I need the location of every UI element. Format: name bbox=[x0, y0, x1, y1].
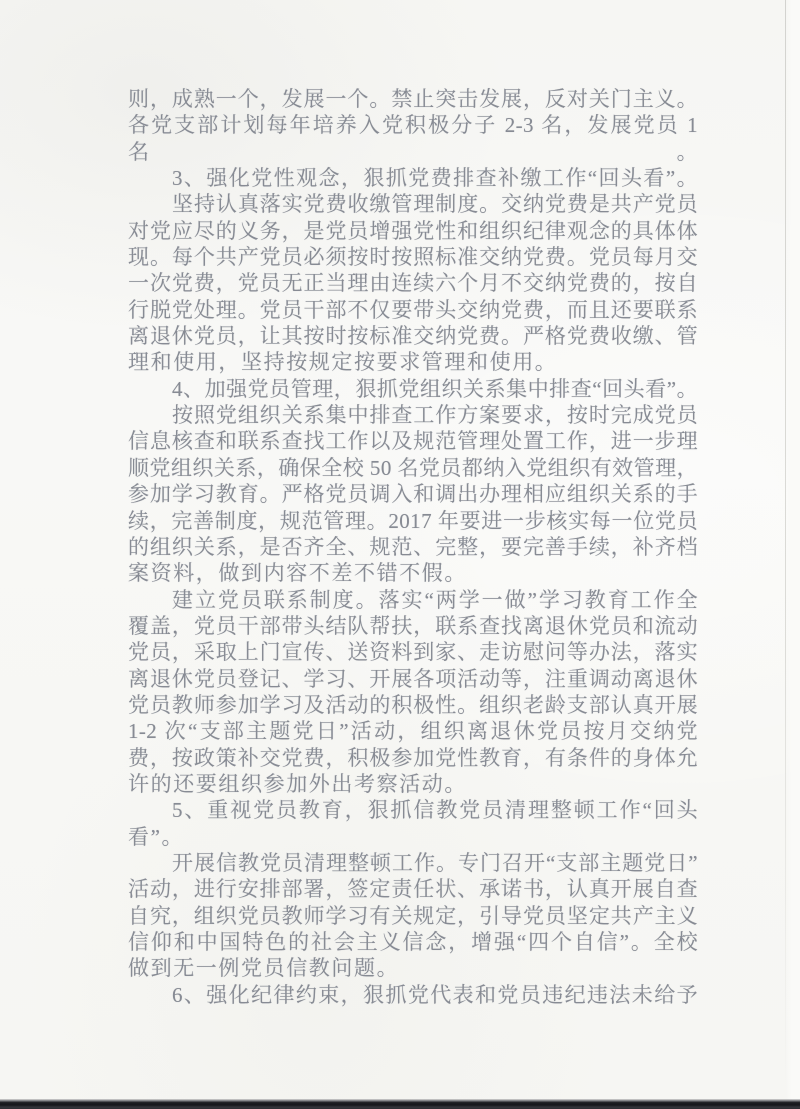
text-line: 费，按政策补交党费，积极参加党性教育，有条件的身体允 bbox=[128, 745, 698, 771]
text-line: 离退休党员登记、学习、开展各项活动等，注重调动离退休 bbox=[128, 666, 698, 692]
text-line: 4、加强党员管理，狠抓党组织关系集中排查“回头看”。 bbox=[128, 376, 698, 402]
text-line: 建立党员联系制度。落实“两学一做”学习教育工作全 bbox=[128, 587, 698, 613]
text-line: 顺党组织关系，确保全校 50 名党员都纳入党组织有效管理， bbox=[128, 455, 698, 481]
scan-bottom-border bbox=[0, 1099, 800, 1109]
text-line: 续，完善制度，规范管理。2017 年要进一步核实每一位党员 bbox=[128, 508, 698, 534]
scan-right-margin-strip bbox=[786, 0, 800, 1100]
text-line: 党员教师参加学习及活动的积极性。组织老龄支部认真开展 bbox=[128, 692, 698, 718]
text-line: 开展信教党员清理整顿工作。专门召开“支部主题党日” bbox=[128, 850, 698, 876]
text-line: 按照党组织关系集中排查工作方案要求，按时完成党员 bbox=[128, 402, 698, 428]
text-line: 许的还要组织参加外出考察活动。 bbox=[128, 771, 698, 797]
text-line: 的组织关系，是否齐全、规范、完整，要完善手续，补齐档 bbox=[128, 534, 698, 560]
text-line: 案资料，做到内容不差不错不假。 bbox=[128, 560, 698, 586]
text-line: 自究，组织党员教师学习有关规定，引导党员坚定共产主义 bbox=[128, 903, 698, 929]
text-line: 理和使用，坚持按规定按要求管理和使用。 bbox=[128, 349, 698, 375]
text-line: 党员，采取上门宣传、送资料到家、走访慰问等办法，落实 bbox=[128, 639, 698, 665]
text-line: 5、重视党员教育，狠抓信教党员清理整顿工作“回头 bbox=[128, 797, 698, 823]
text-line: 做到无一例党员信教问题。 bbox=[128, 955, 698, 981]
text-line: 参加学习教育。严格党员调入和调出办理相应组织关系的手 bbox=[128, 481, 698, 507]
text-line: 对党应尽的义务，是党员增强党性和组织纪律观念的具体体 bbox=[128, 218, 698, 244]
text-line: 1-2 次“支部主题党日”活动，组织离退休党员按月交纳党 bbox=[128, 718, 698, 744]
text-line: 3、强化党性观念，狠抓党费排查补缴工作“回头看”。 bbox=[128, 165, 698, 191]
text-line: 信息核查和联系查找工作以及规范管理处置工作，进一步理 bbox=[128, 428, 698, 454]
text-line: 坚持认真落实党费收缴管理制度。交纳党费是共产党员 bbox=[128, 191, 698, 217]
text-line: 一次党费，党员无正当理由连续六个月不交纳党费的，按自 bbox=[128, 270, 698, 296]
text-line: 看”。 bbox=[128, 824, 698, 850]
text-line: 6、强化纪律约束，狠抓党代表和党员违纪违法未给予 bbox=[128, 982, 698, 1008]
text-line: 则，成熟一个，发展一个。禁止突击发展，反对关门主义。 bbox=[128, 86, 698, 112]
text-line: 活动，进行安排部署，签定责任状、承诺书，认真开展自查 bbox=[128, 876, 698, 902]
text-line: 行脱党处理。党员干部不仅要带头交纳党费，而且还要联系 bbox=[128, 297, 698, 323]
text-block: 则，成熟一个，发展一个。禁止突击发展，反对关门主义。各党支部计划每年培养入党积极… bbox=[128, 86, 698, 1008]
scan-right-edge-line bbox=[785, 0, 786, 1092]
text-line: 各党支部计划每年培养入党积极分子 2-3 名，发展党员 1 名。 bbox=[128, 112, 698, 165]
text-line: 覆盖，党员干部带头结队帮扶，联系查找离退休党员和流动 bbox=[128, 613, 698, 639]
text-line: 离退休党员，让其按时按标准交纳党费。严格党费收缴、管 bbox=[128, 323, 698, 349]
text-line: 信仰和中国特色的社会主义信念，增强“四个自信”。全校 bbox=[128, 929, 698, 955]
scanned-page: 则，成熟一个，发展一个。禁止突击发展，反对关门主义。各党支部计划每年培养入党积极… bbox=[0, 0, 800, 1109]
text-line: 现。每个共产党员必须按时按照标准交纳党费。党员每月交 bbox=[128, 244, 698, 270]
